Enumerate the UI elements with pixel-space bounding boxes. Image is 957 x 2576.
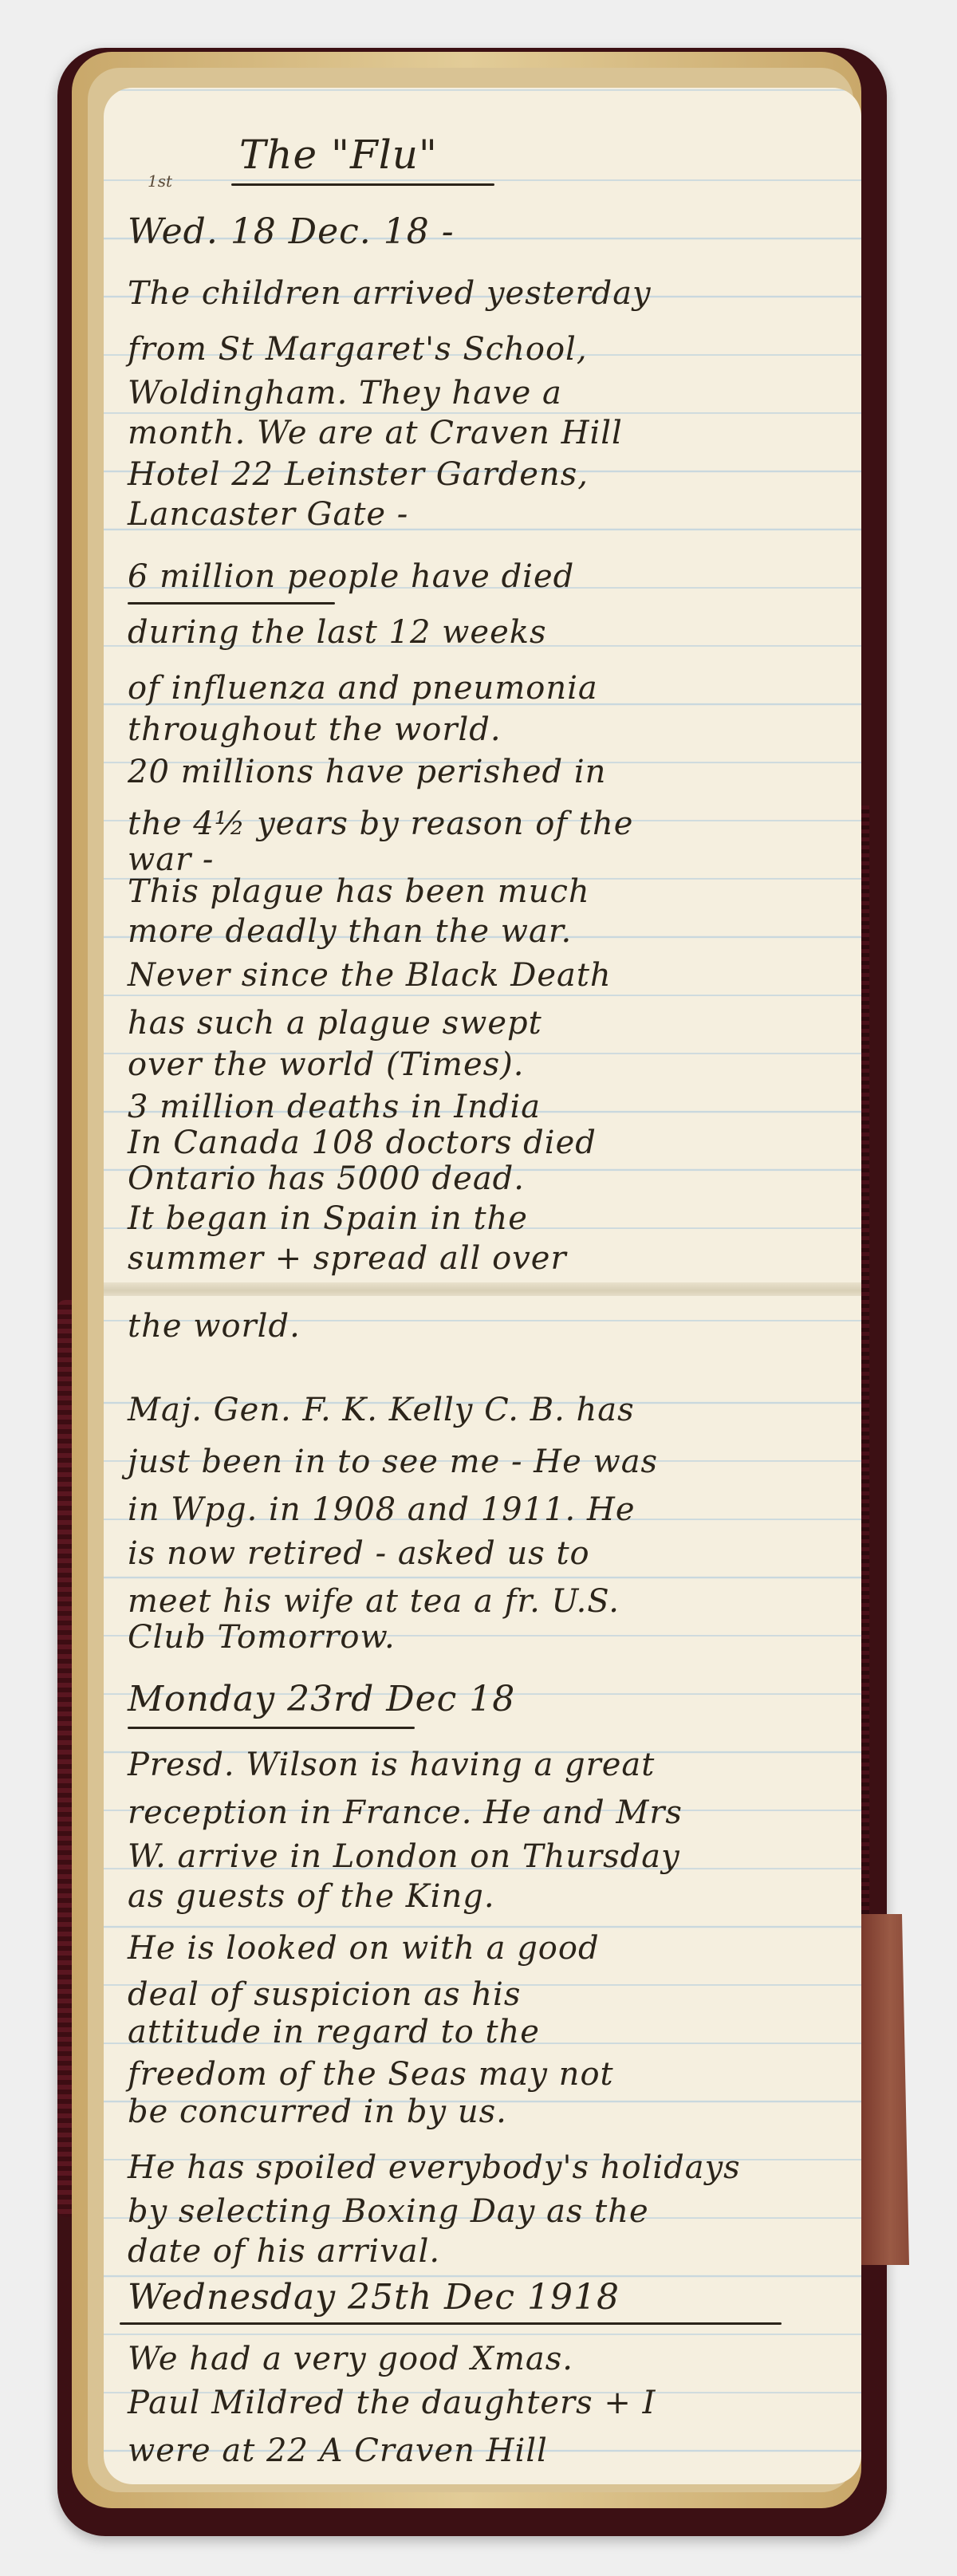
entry-line: in Wpg. in 1908 and 1911. He [128,1491,636,1528]
entry-line: over the world (Times). [128,1046,525,1083]
entry-line: He has spoiled everybody's holidays [128,2149,741,2186]
date-underline [128,1727,415,1729]
entry-line: date of his arrival. [128,2233,440,2270]
entry-line: Woldingham. They have a [128,375,562,412]
entry-date: Wednesday 25th Dec 1918 [128,2277,620,2318]
entry-line: of influenza and pneumonia [128,670,598,707]
entry-line: the 4½ years by reason of the [128,805,633,842]
entry-date: Monday 23rd Dec 18 [128,1679,515,1719]
page-title: The "Flu" [239,132,438,178]
entry-line: were at 22 A Craven Hill [128,2432,548,2469]
phrase-underline [128,602,335,605]
entry-line: Lancaster Gate - [128,496,408,533]
entry-line: be concurred in by us. [128,2093,507,2130]
entry-line: just been in to see me - He was [128,1444,658,1480]
date-underline [120,2322,782,2325]
entry-line: 20 millions have perished in [128,754,606,790]
entry-date: Wed. 18 Dec. 18 - [128,211,455,252]
entry-line: month. We are at Craven Hill [128,415,623,451]
entry-line: Presd. Wilson is having a great [128,1747,655,1783]
entry-line: the world. [128,1308,301,1345]
entry-line: throughout the world. [128,711,502,748]
entry-line: meet his wife at tea a fr. U.S. [128,1583,620,1620]
entry-line: as guests of the King. [128,1878,495,1915]
entry-line: summer + spread all over [128,1240,567,1277]
entry-line: He is looked on with a good [128,1930,600,1967]
entry-line: by selecting Boxing Day as the [128,2193,649,2230]
entry-line: has such a plague swept [128,1005,542,1042]
entry-line: during the last 12 weeks [128,614,547,651]
entry-line: It began in Spain in the [128,1200,528,1237]
entry-line: The children arrived yesterday [128,275,652,312]
entry-line: attitude in regard to the [128,2014,540,2050]
entry-line: reception in France. He and Mrs [128,1794,683,1831]
entry-line: Club Tomorrow. [128,1619,396,1656]
entry-line: Never since the Black Death [128,957,612,994]
entry-line: 6 million people have died [128,558,574,595]
title-underline [231,183,494,186]
entry-line: from St Margaret's School, [128,331,588,368]
entry-line: W. arrive in London on Thursday [128,1838,680,1875]
entry-line: Ontario has 5000 dead. [128,1160,525,1197]
entry-line: We had a very good Xmas. [128,2341,573,2377]
marginal-note: 1st [148,171,172,191]
entry-line: In Canada 108 doctors died [128,1125,597,1161]
entry-line: 3 million deaths in India [128,1089,541,1125]
entry-line: Hotel 22 Leinster Gardens, [128,456,589,493]
entry-line: more deadly than the war. [128,913,572,950]
entry-line: deal of suspicion as his [128,1976,521,2013]
entry-line: This plague has been much [128,873,590,910]
entry-line: freedom of the Seas may not [128,2056,614,2093]
leather-tab [861,1914,909,2265]
entry-line: Maj. Gen. F. K. Kelly C. B. has [128,1392,635,1428]
entry-line: is now retired - asked us to [128,1535,590,1572]
entry-line: Paul Mildred the daughters + I [128,2385,656,2421]
